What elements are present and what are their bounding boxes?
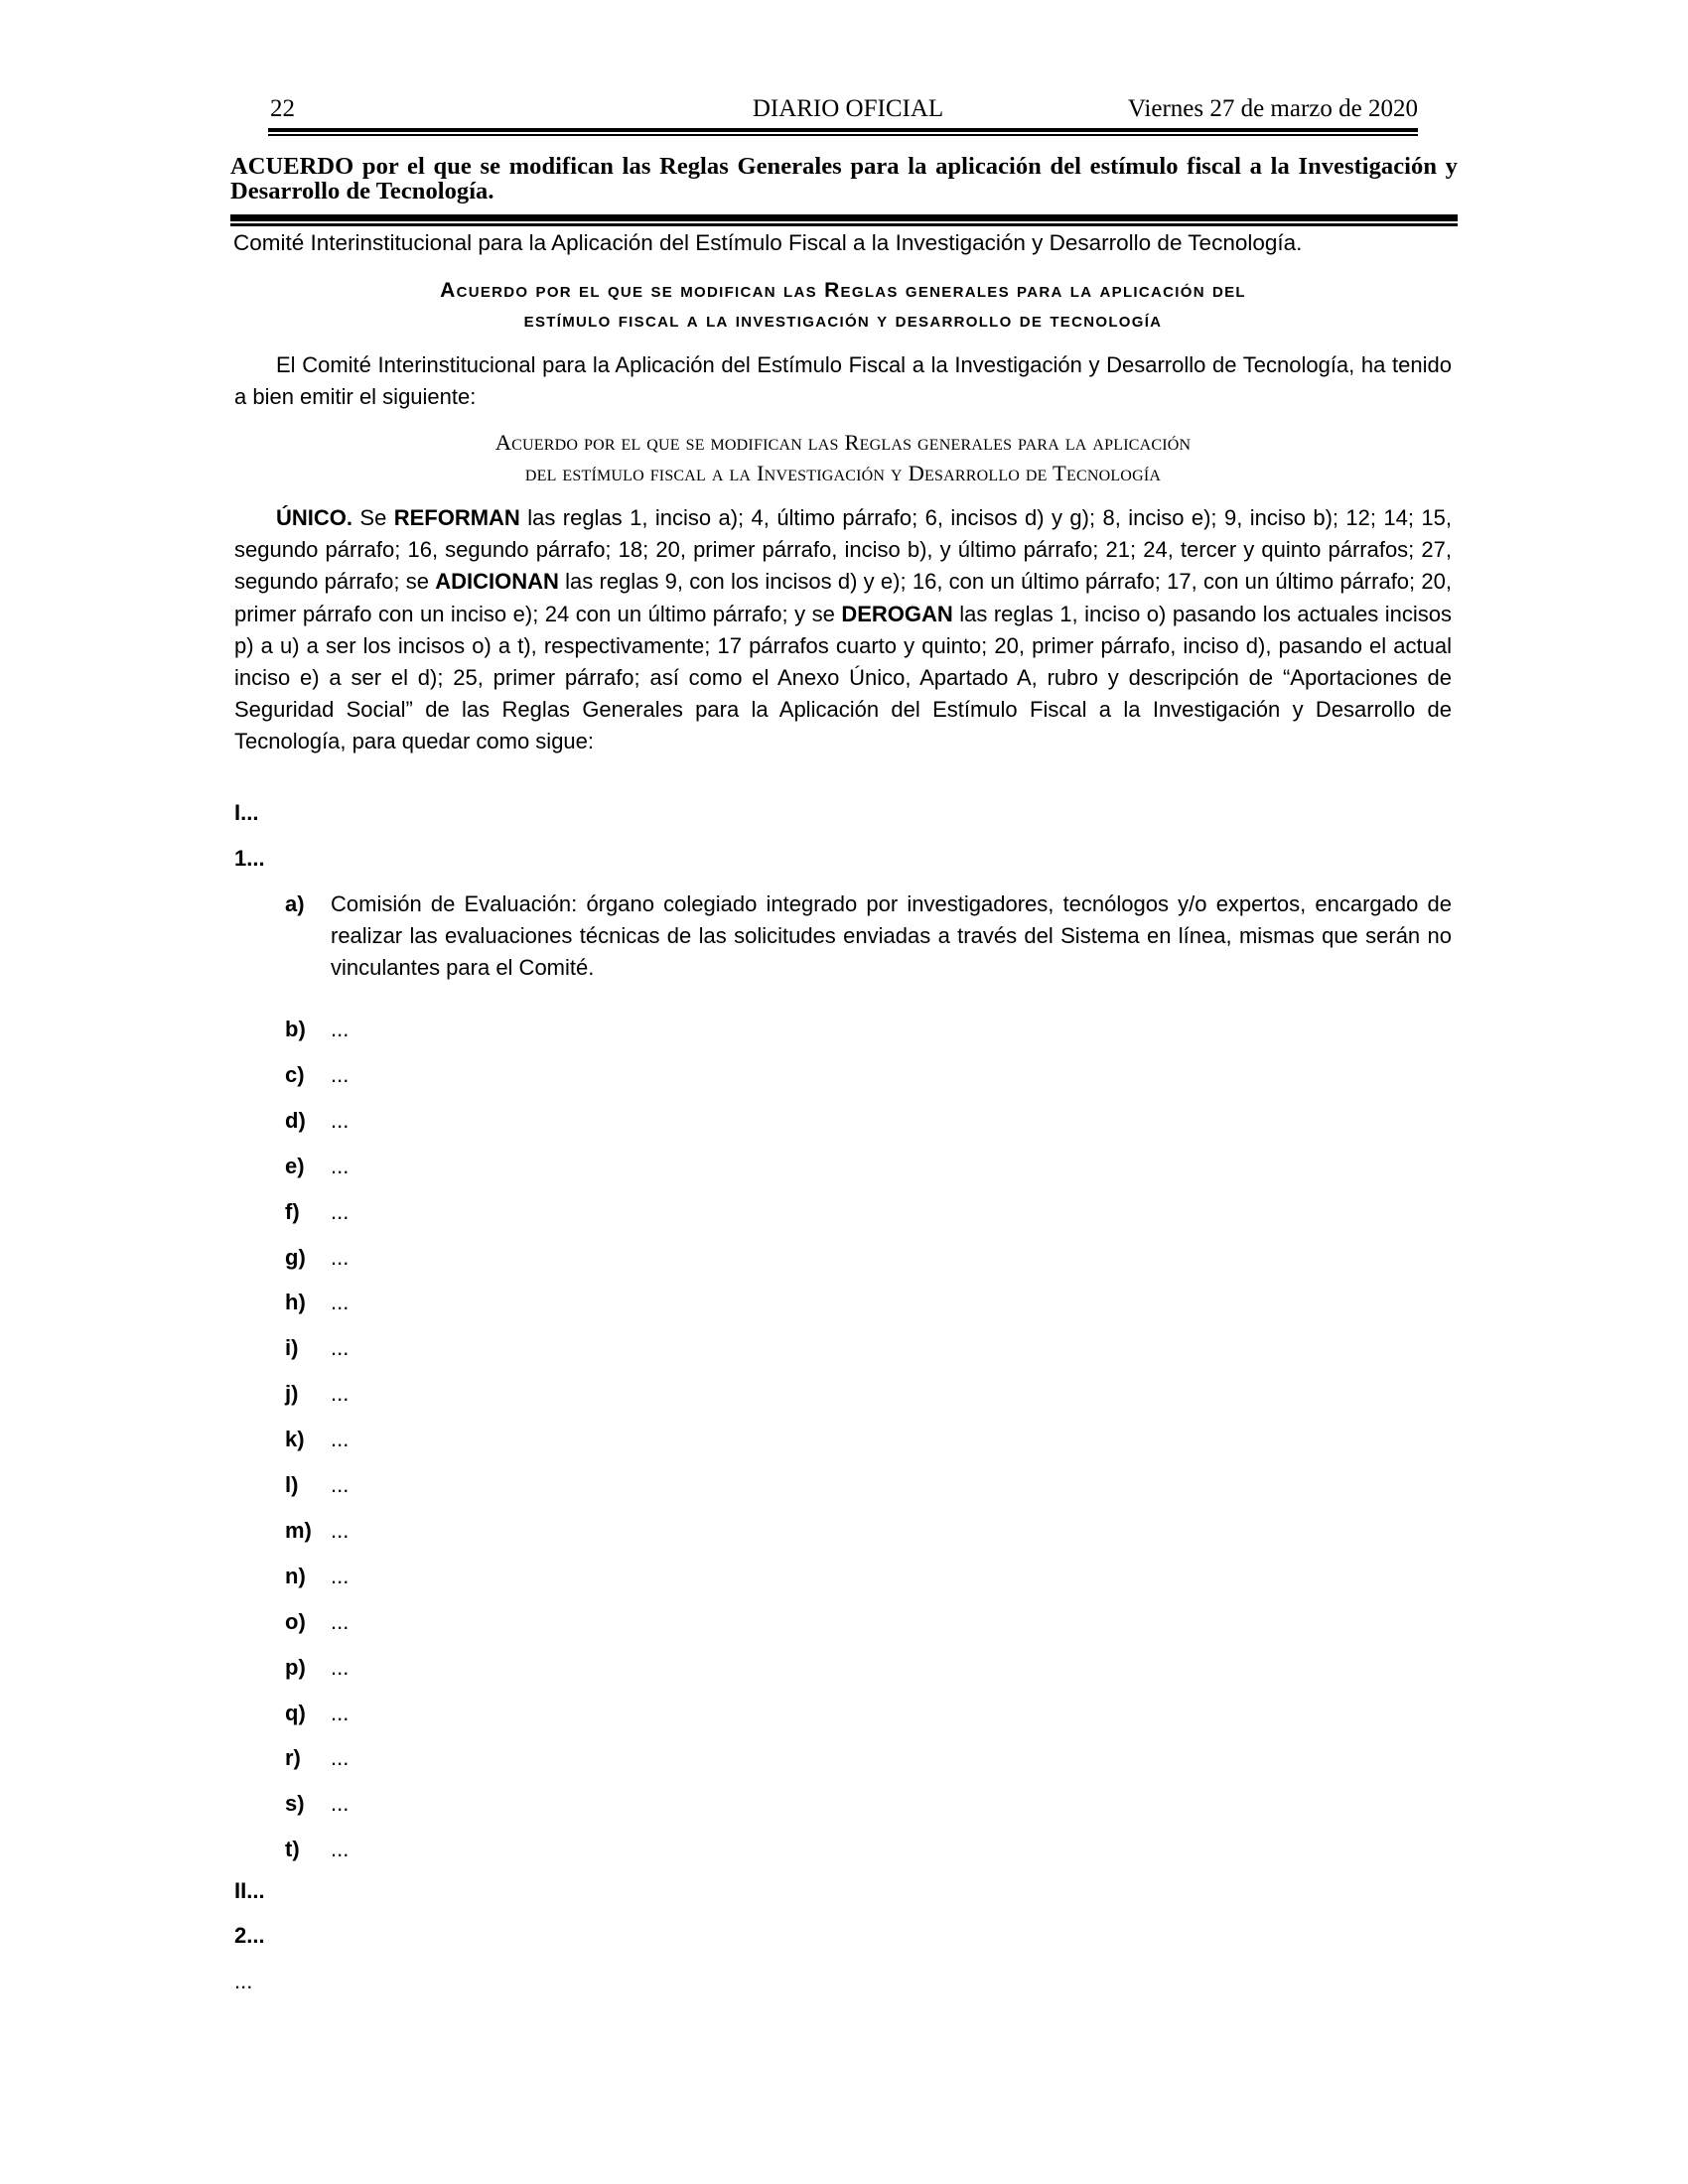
title-rule-thin [230,223,1458,226]
continuation-ellipsis: ... [234,1967,252,1996]
item-label: s) [285,1788,305,1820]
issuer-line: Comité Interinstitucional para la Aplica… [233,230,1302,256]
item-label: b) [285,1014,306,1045]
intro-text: El Comité Interinstitucional para la Apl… [234,352,1452,409]
item-text: ... [331,1834,1452,1865]
item-text: ... [331,1788,1452,1820]
item-label: p) [285,1652,306,1684]
title-rule [230,214,1458,221]
item-text: ... [331,1698,1452,1729]
reforman-keyword: REFORMAN [394,505,520,530]
section-ii-marker: II... [234,1876,265,1906]
item-text: ... [331,1287,1452,1318]
item-text: Comisión de Evaluación: órgano colegiado… [331,888,1452,985]
item-label: g) [285,1242,306,1274]
unico-paragraph: ÚNICO. Se REFORMAN las reglas 1, inciso … [234,502,1452,758]
item-label: c) [285,1059,305,1091]
item-text: ... [331,1196,1452,1228]
item-label: i) [285,1332,298,1364]
item-text: ... [331,1151,1452,1182]
item-label: h) [285,1287,306,1318]
item-label: a) [285,888,305,920]
running-header: 22 DIARIO OFICIAL Viernes 27 de marzo de… [268,95,1418,125]
heading-1-line-1: Acuerdo por el que se modifican las Regl… [234,276,1452,306]
intro-paragraph: El Comité Interinstitucional para la Apl… [234,349,1452,413]
unico-label: ÚNICO. [276,505,352,530]
heading-acuerdo-1: Acuerdo por el que se modifican las Regl… [234,276,1452,336]
item-text: ... [331,1742,1452,1774]
item-text: ... [331,1515,1452,1547]
heading-2-line-2: del estímulo fiscal a la Investigación y… [234,458,1452,488]
item-text: ... [331,1242,1452,1274]
item-text: ... [331,1424,1452,1455]
item-label: n) [285,1561,306,1592]
item-label: j) [285,1378,298,1410]
decree-title: ACUERDO por el que se modifican las Regl… [230,154,1458,204]
item-label: f) [285,1196,300,1228]
item-text: ... [331,1332,1452,1364]
item-text: ... [331,1652,1452,1684]
item-label: q) [285,1698,306,1729]
item-text: ... [331,1606,1452,1638]
item-text: ... [331,1378,1452,1410]
heading-1-line-2: estímulo fiscal a la investigación y des… [234,306,1452,336]
item-text: ... [331,1469,1452,1501]
item-label: m) [285,1515,312,1547]
item-label: d) [285,1105,306,1137]
adicionan-keyword: ADICIONAN [435,569,559,594]
derogan-keyword: DEROGAN [841,602,952,626]
item-text: ... [331,1105,1452,1137]
item-text: ... [331,1561,1452,1592]
section-i-marker: I... [234,798,258,828]
item-label: k) [285,1424,305,1455]
header-rule-thin [268,134,1418,136]
heading-2-line-1: Acuerdo por el que se modifican las Regl… [234,427,1452,458]
header-rule [268,128,1418,132]
rule-1-marker: 1... [234,844,265,874]
item-text: ... [331,1059,1452,1091]
item-label: t) [285,1834,300,1865]
item-label: e) [285,1151,305,1182]
unico-text: Se [352,505,394,530]
item-label: l) [285,1469,298,1501]
rule-2-marker: 2... [234,1921,265,1951]
item-label: o) [285,1606,306,1638]
item-label: r) [285,1742,301,1774]
heading-acuerdo-2: Acuerdo por el que se modifican las Regl… [234,427,1452,488]
item-text: ... [331,1014,1452,1045]
publication-date: Viernes 27 de marzo de 2020 [1128,95,1418,123]
